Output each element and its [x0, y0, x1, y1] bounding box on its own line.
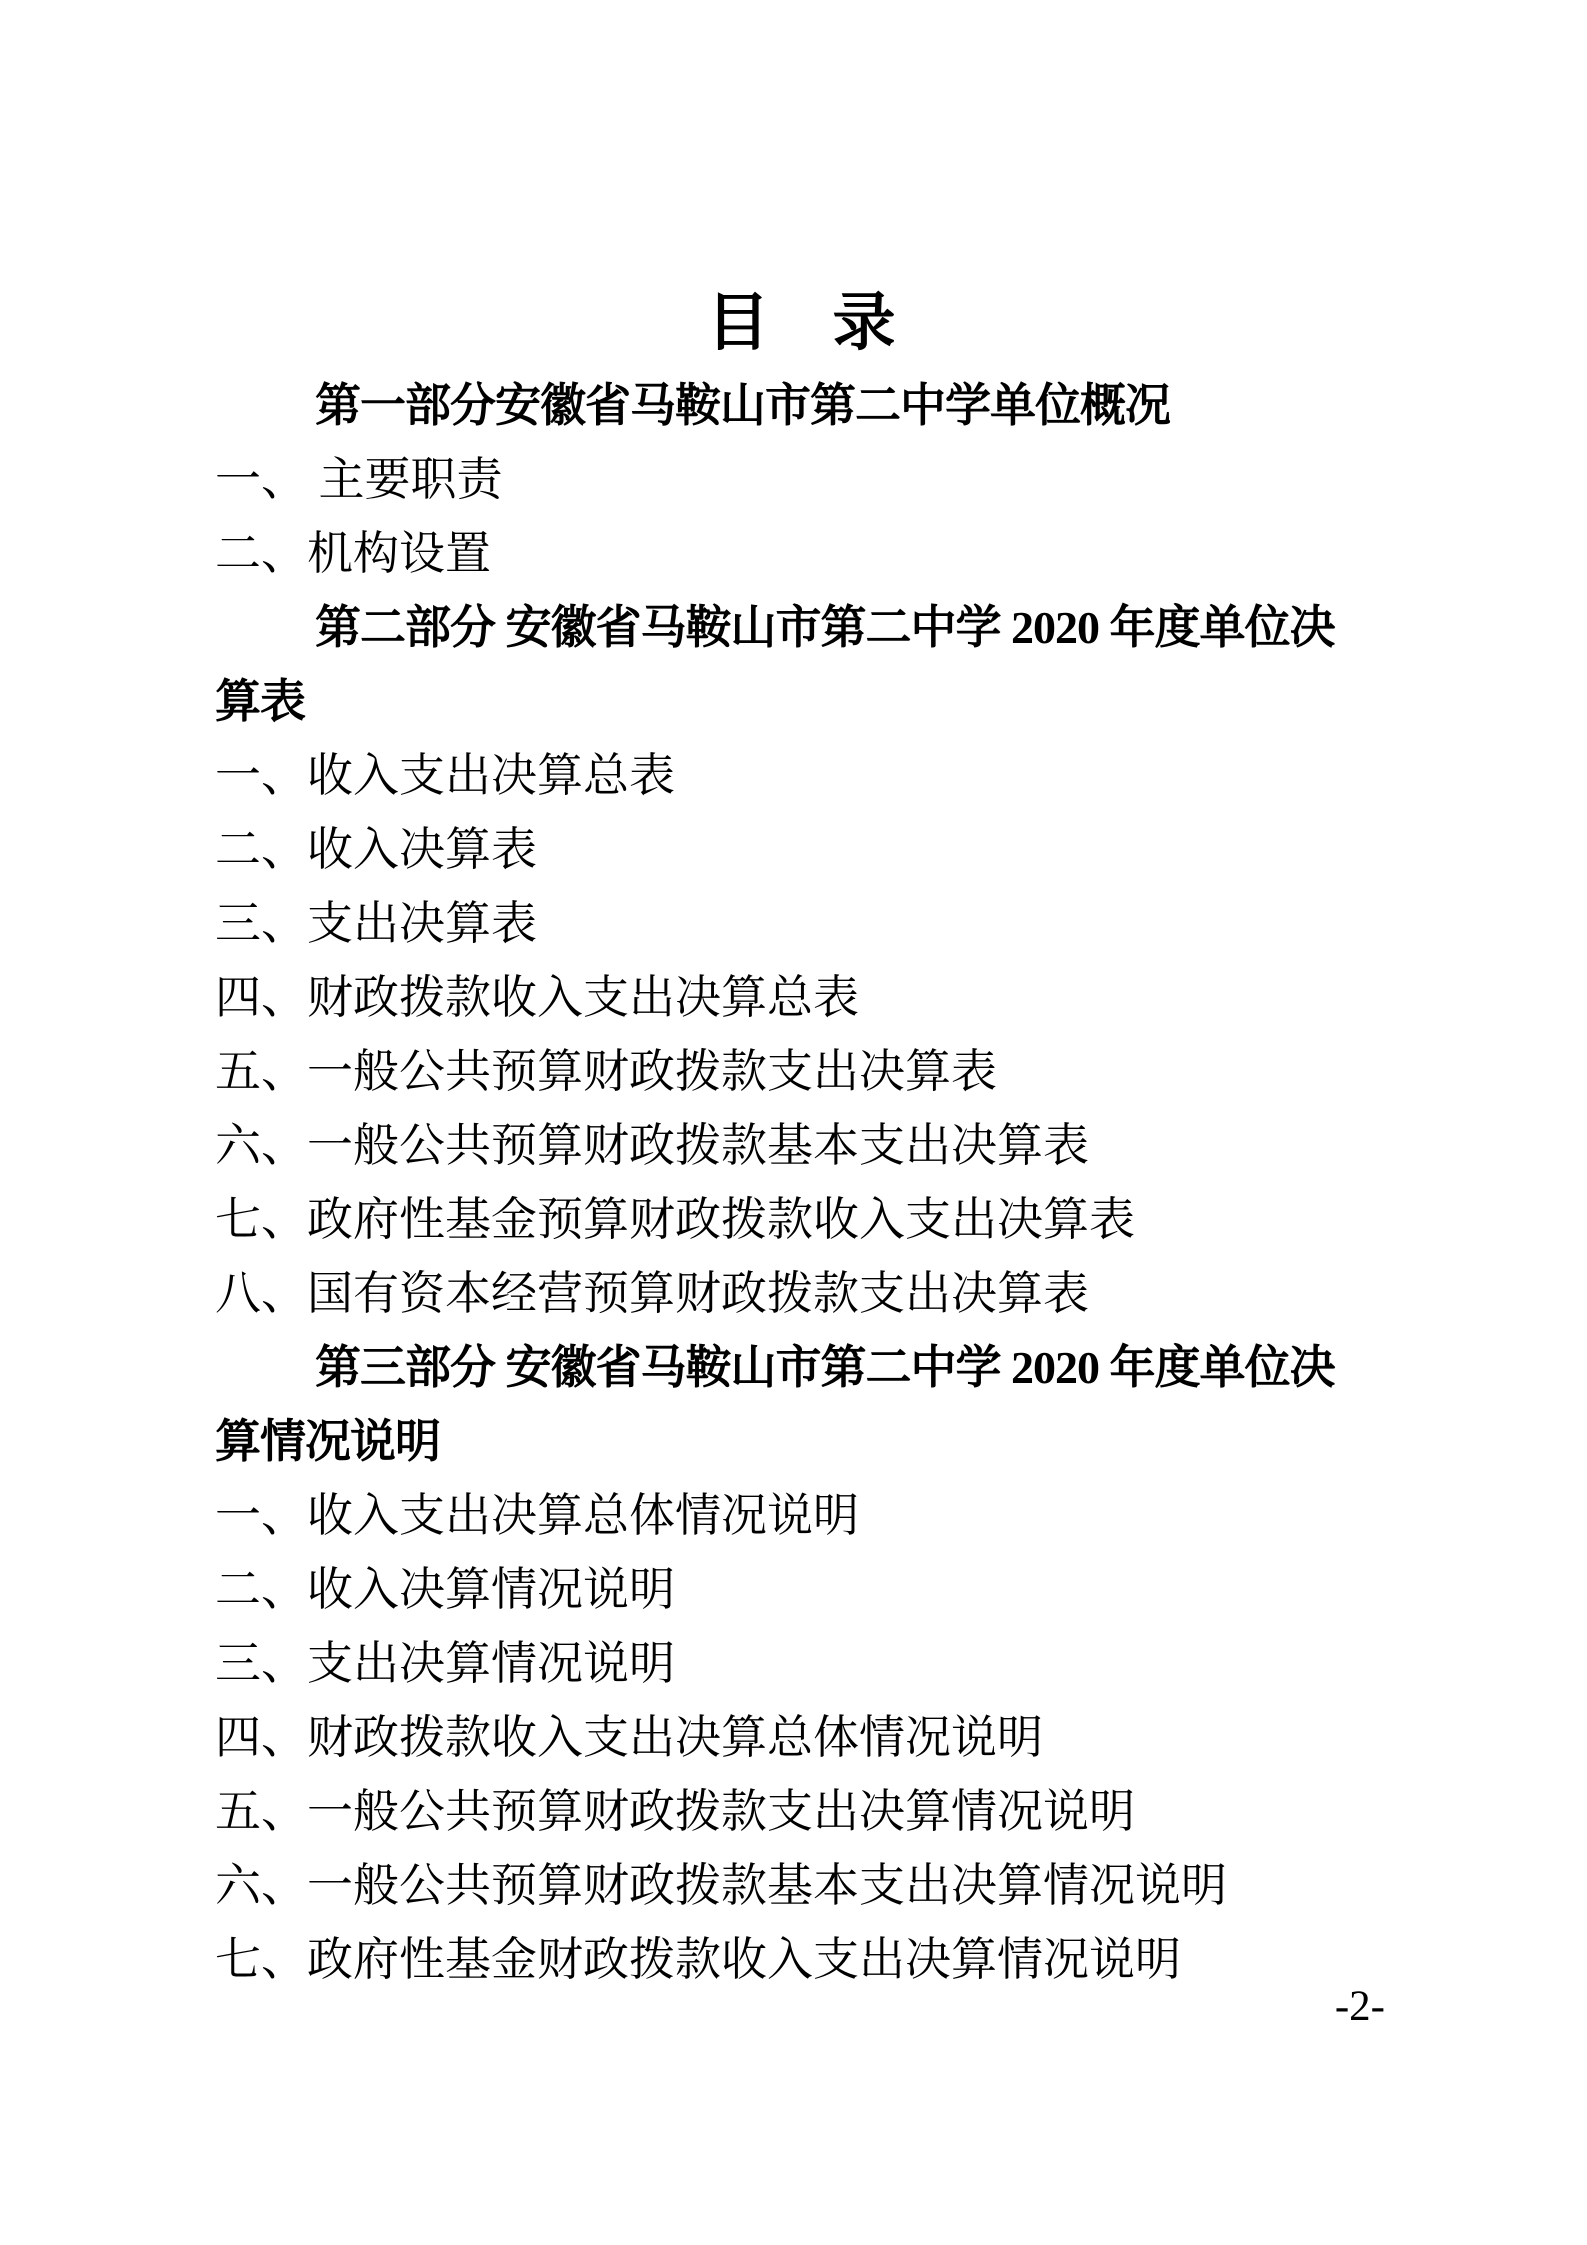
toc-item: 四、财政拨款收入支出决算总表 [215, 961, 1387, 1035]
toc-item: 六、一般公共预算财政拨款基本支出决算表 [215, 1109, 1387, 1183]
toc-item: 二、收入决算情况说明 [215, 1553, 1387, 1627]
toc-section-heading: 第二部分 安徽省马鞍山市第二中学 2020 年度单位决 [215, 591, 1387, 665]
toc-section-heading: 第一部分安徽省马鞍山市第二中学单位概况 [215, 369, 1387, 443]
page-number: -2- [1335, 1984, 1385, 2030]
toc-item: 五、一般公共预算财政拨款支出决算表 [215, 1035, 1387, 1109]
toc-section-heading: 算表 [215, 665, 1387, 739]
toc-item: 一、收入支出决算总表 [215, 739, 1387, 813]
toc-item: 七、政府性基金财政拨款收入支出决算情况说明 [215, 1923, 1387, 1997]
toc-section-heading: 第三部分 安徽省马鞍山市第二中学 2020 年度单位决 [215, 1331, 1387, 1405]
toc-list: 第一部分安徽省马鞍山市第二中学单位概况一、 主要职责二、机构设置第二部分 安徽省… [215, 369, 1387, 1997]
toc-item: 八、国有资本经营预算财政拨款支出决算表 [215, 1257, 1387, 1331]
toc-item: 一、 主要职责 [215, 443, 1387, 517]
toc-item: 一、收入支出决算总体情况说明 [215, 1479, 1387, 1553]
toc-item: 六、一般公共预算财政拨款基本支出决算情况说明 [215, 1849, 1387, 1923]
toc-item: 四、财政拨款收入支出决算总体情况说明 [215, 1701, 1387, 1775]
toc-item: 二、收入决算表 [215, 813, 1387, 887]
page-title: 目 录 [215, 283, 1387, 363]
toc-item: 五、一般公共预算财政拨款支出决算情况说明 [215, 1775, 1387, 1849]
toc-item: 三、支出决算表 [215, 887, 1387, 961]
toc-item: 二、机构设置 [215, 517, 1387, 591]
toc-section-heading: 算情况说明 [215, 1405, 1387, 1479]
document-page: 目 录 第一部分安徽省马鞍山市第二中学单位概况一、 主要职责二、机构设置第二部分… [0, 0, 1587, 2245]
toc-item: 七、政府性基金预算财政拨款收入支出决算表 [215, 1183, 1387, 1257]
toc-item: 三、支出决算情况说明 [215, 1627, 1387, 1701]
